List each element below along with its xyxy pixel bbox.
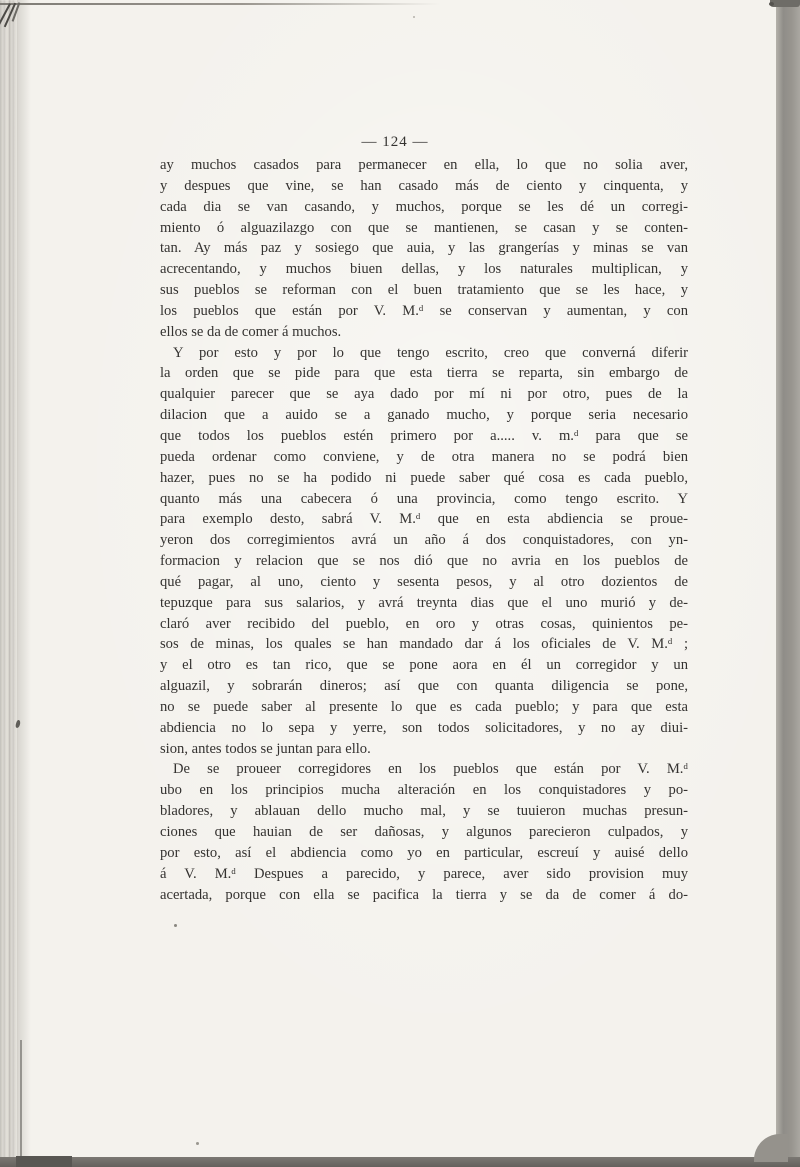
text-line: la orden que se pide para que esta tierr… <box>160 363 688 384</box>
text-line: De se proueer corregidores en los pueblo… <box>160 759 688 780</box>
text-line: sus pueblos se reforman con el buen trat… <box>160 280 688 301</box>
text-line: á V. M.ᵈ Despues a parecido, y parece, a… <box>160 864 688 885</box>
scan-speck <box>413 16 415 18</box>
text-line: no se puede saber al presente lo que es … <box>160 697 688 718</box>
scan-bottom-edge-dark-mark <box>16 1156 72 1167</box>
scan-rounded-corner <box>754 1134 788 1162</box>
scan-top-hairline <box>0 3 440 5</box>
text-line: dilacion que a auido se a ganado mucho, … <box>160 405 688 426</box>
text-line: ubo en los principios mucha alteración e… <box>160 780 688 801</box>
body-text: ay muchos casados para permanecer en ell… <box>160 155 688 905</box>
text-line: tepuzque para sus salarios, y avrá treyn… <box>160 593 688 614</box>
text-line: alguazil, y sobrarán dineros; así que co… <box>160 676 688 697</box>
scan-speck <box>174 924 177 927</box>
paragraph: De se proueer corregidores en los pueblo… <box>160 759 688 905</box>
page-number-header: — 124 — <box>160 134 630 151</box>
scan-bottom-edge-shadow <box>0 1157 800 1167</box>
scan-speck <box>196 1142 199 1145</box>
text-line: ay muchos casados para permanecer en ell… <box>160 155 688 176</box>
text-line: que todos los pueblos estén primero por … <box>160 426 688 447</box>
text-line: Y por esto y por lo que tengo escrito, c… <box>160 343 688 364</box>
text-line: tan. Ay más paz y sosiego que auia, y la… <box>160 238 688 259</box>
text-line: ellos se da de comer á muchos. <box>160 322 688 343</box>
text-line: y despues que vine, se han casado más de… <box>160 176 688 197</box>
text-line: formacion y relacion que se nos dió que … <box>160 551 688 572</box>
text-line: y el otro es tan rico, que se pone aora … <box>160 655 688 676</box>
text-line: quanto más una cabecera ó una provincia,… <box>160 489 688 510</box>
scan-speck <box>769 2 774 6</box>
text-line: cada dia se van casando, y muchos, porqu… <box>160 197 688 218</box>
paragraph: ay muchos casados para permanecer en ell… <box>160 155 688 343</box>
text-line: sion, antes todos se juntan para ello. <box>160 739 688 760</box>
text-line: qualquier parecer que se aya dado por mí… <box>160 384 688 405</box>
scanned-page: — 124 — ay muchos casados para permanece… <box>0 0 800 1167</box>
scan-left-edge-fade <box>17 0 31 1167</box>
text-line: ciones que hauian de ser dañosas, y algu… <box>160 822 688 843</box>
text-line: bladores, y ablauan dello mucho mal, y s… <box>160 801 688 822</box>
text-line: hazer, pues no se ha podido ni puede sab… <box>160 468 688 489</box>
text-line: qué pagar, al uno, ciento y sesenta peso… <box>160 572 688 593</box>
text-line: por esto, así el abdiencia como yo en pa… <box>160 843 688 864</box>
text-line: para exemplo desto, sabrá V. M.ᵈ que en … <box>160 509 688 530</box>
text-line: sos de minas, los quales se han mandado … <box>160 634 688 655</box>
text-line: los pueblos que están por V. M.ᵈ se cons… <box>160 301 688 322</box>
text-line: claró aver recibido del pueblo, en oro y… <box>160 614 688 635</box>
text-line: acertada, porque con ella se pacifica la… <box>160 885 688 906</box>
text-line: acrecentando, y muchos biuen dellas, y l… <box>160 259 688 280</box>
scan-left-thin-line <box>20 1040 22 1160</box>
scan-right-edge-shadow <box>776 0 800 1167</box>
scan-corner-mark <box>2 2 36 44</box>
paragraph: Y por esto y por lo que tengo escrito, c… <box>160 343 688 760</box>
scan-left-edge-shadow <box>0 0 17 1167</box>
text-line: yeron dos corregimientos avrá un año á d… <box>160 530 688 551</box>
text-line: miento ó alguazilazgo con que se mantien… <box>160 218 688 239</box>
text-line: pueda ordenar como conviene, y de otra m… <box>160 447 688 468</box>
scan-right-edge-cap <box>770 0 800 7</box>
text-line: abdiencia no lo sepa y yerre, son todos … <box>160 718 688 739</box>
